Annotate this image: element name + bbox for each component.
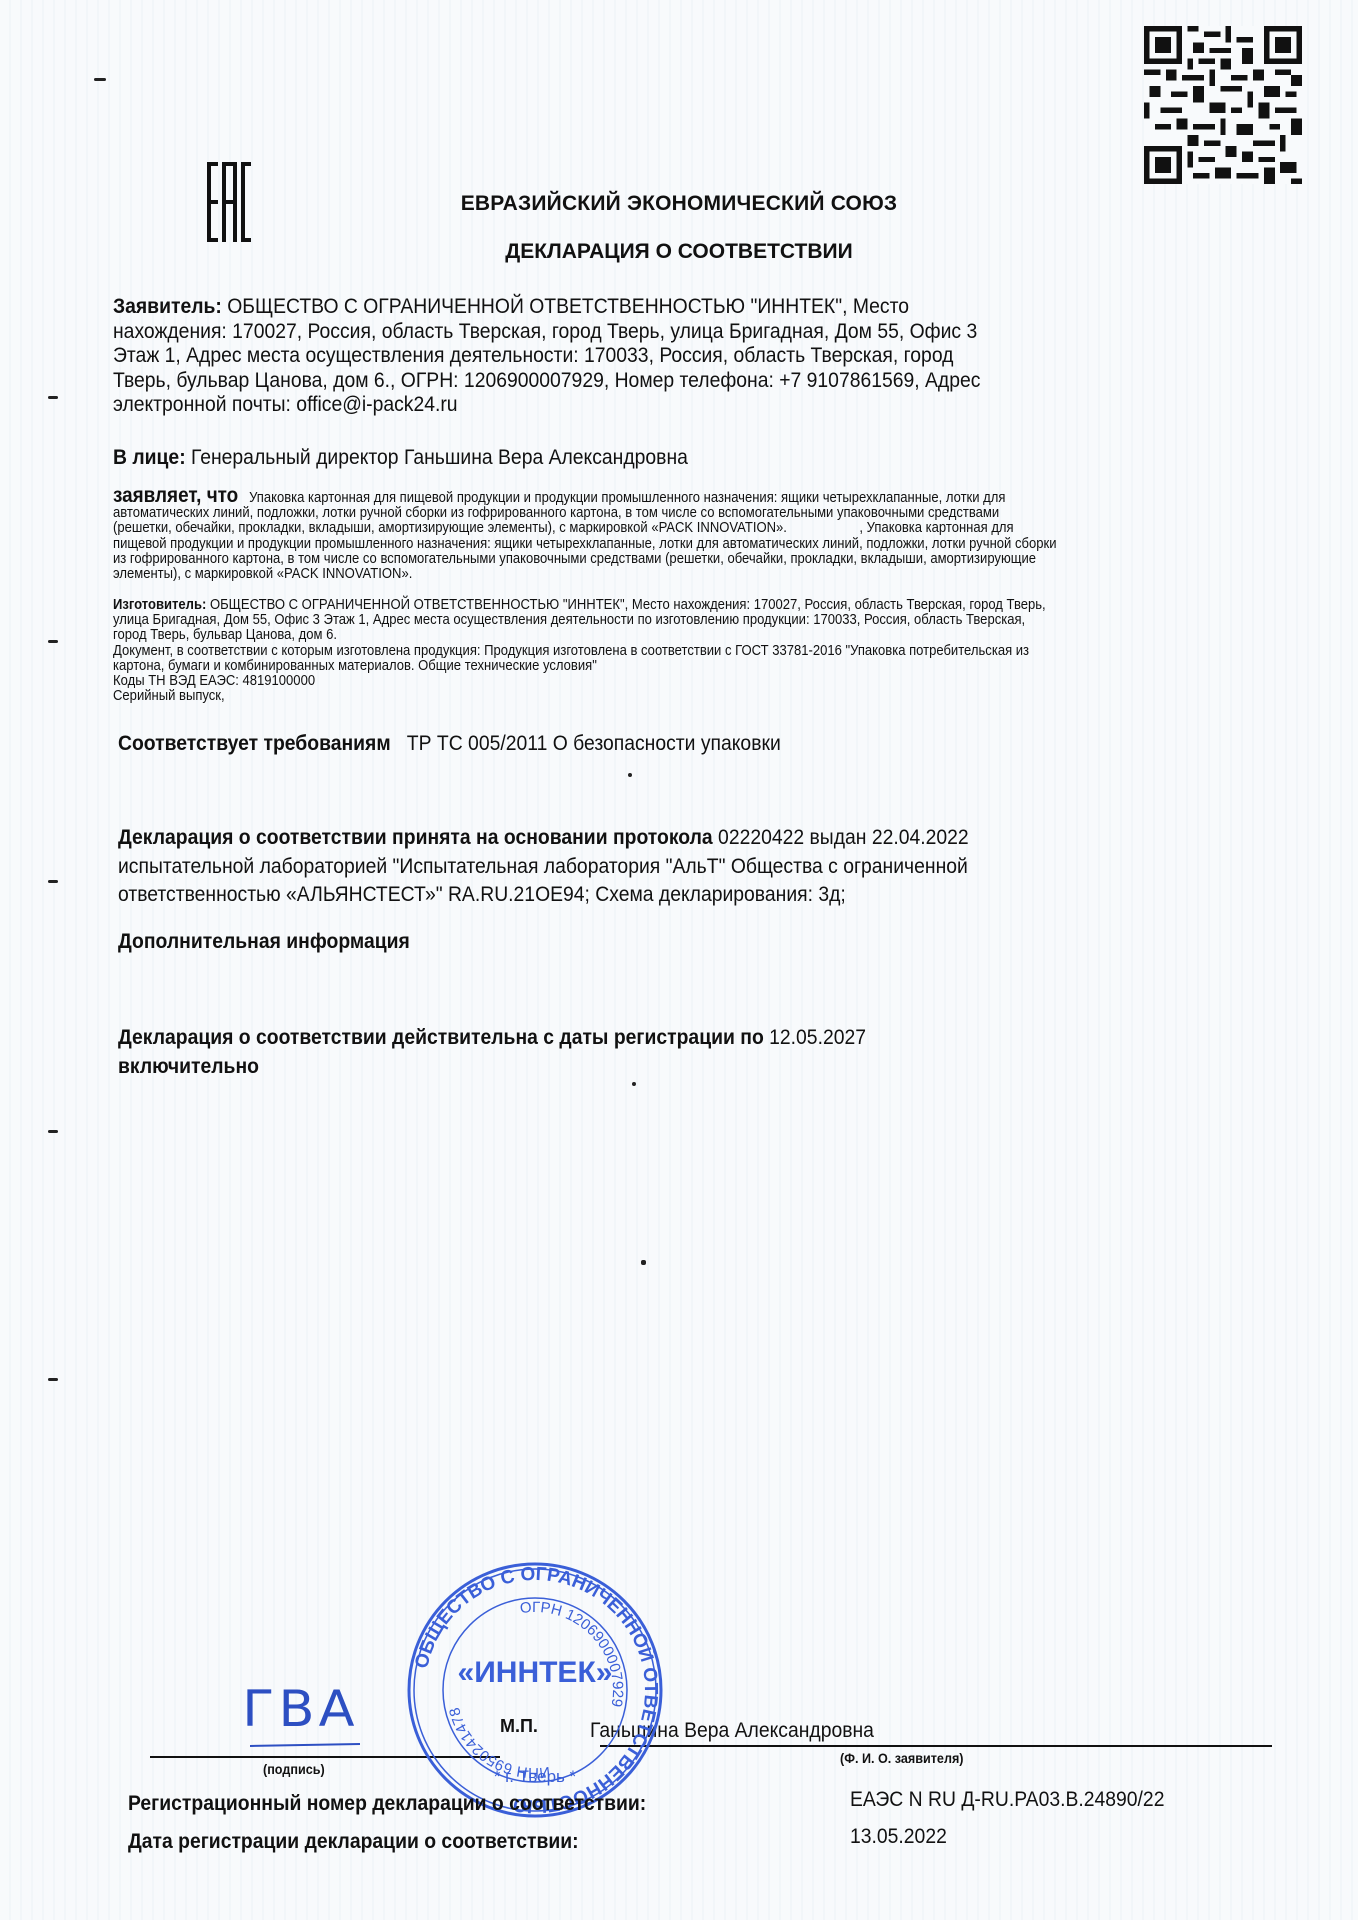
basis-line: Декларация о соответствии принята на осн… <box>118 825 1176 850</box>
standard-document-line: Документ, в соответствии с которым изгот… <box>113 644 1171 659</box>
declares-section: заявляет, что Упаковка картонная для пищ… <box>113 488 1288 582</box>
protocol-value: 02220422 выдан 22.04.2022 <box>718 825 969 849</box>
registration-number-value: ЕАЭС N RU Д-RU.PA03.B.24890/22 <box>850 1787 1164 1812</box>
basis-section: Декларация о соответствии принята на осн… <box>118 825 1293 911</box>
scan-speck <box>48 640 58 643</box>
declares-line: автоматических линий, подложки, лотки ру… <box>113 506 1171 521</box>
declares-line: из гофрированного картона, в том числе с… <box>113 552 1171 567</box>
signature-underline <box>250 1743 360 1747</box>
scan-speck <box>628 773 632 777</box>
scan-speck <box>48 396 58 399</box>
signature-caption: (подпись) <box>263 1761 325 1777</box>
document-title: ДЕКЛАРАЦИЯ О СООТВЕТСТВИИ <box>0 240 1358 264</box>
validity-line: Декларация о соответствии действительна … <box>118 1025 866 1050</box>
applicant-line: Этаж 1, Адрес места осуществления деятел… <box>113 343 1166 368</box>
basis-label: Декларация о соответствии принята на осн… <box>118 825 713 849</box>
manufacturer-label: Изготовитель: <box>113 597 206 613</box>
applicant-line: электронной почты: office@i-pack24.ru <box>113 392 1166 417</box>
manufacturer-line: город Тверь, бульвар Цанова, дом 6. <box>113 628 1171 643</box>
scan-speck <box>48 1130 58 1133</box>
registration-date-label: Дата регистрации декларации о соответств… <box>128 1829 579 1854</box>
scan-speck <box>632 1082 636 1086</box>
declares-line: заявляет, что Упаковка картонная для пищ… <box>113 488 1171 506</box>
requirements-section: Соответствует требованиям ТР ТС 005/2011… <box>118 731 781 756</box>
person-label: В лице: <box>113 445 186 469</box>
basis-line: ответственностью «АЛЬЯНСТЕСТ»" RA.RU.21O… <box>118 882 1176 907</box>
registration-number-label: Регистрационный номер декларации о соотв… <box>128 1791 646 1816</box>
validity-suffix: включительно <box>118 1054 866 1079</box>
basis-line: испытательной лабораторией "Испытательна… <box>118 854 1176 879</box>
scan-speck <box>48 1378 58 1381</box>
applicant-line: Тверь, бульвар Цанова, дом 6., ОГРН: 120… <box>113 368 1166 393</box>
svg-text:* г. Тверь *: * г. Тверь * <box>494 1767 577 1786</box>
applicant-line: нахождения: 170027, Россия, область Твер… <box>113 319 1166 344</box>
manufacturer-line: улица Бригадная, Дом 55, Офис 3 Этаж 1, … <box>113 613 1171 628</box>
scan-speck <box>94 78 106 81</box>
declares-label: заявляет, что <box>113 484 238 507</box>
handwritten-signature: ГВА <box>242 1680 359 1738</box>
person-value: Генеральный директор Ганьшина Вера Алекс… <box>191 445 688 469</box>
manufacturer-line: Изготовитель: ОБЩЕСТВО С ОГРАНИЧЕННОЙ ОТ… <box>113 598 1171 613</box>
declaration-page: ЕВРАЗИЙСКИЙ ЭКОНОМИЧЕСКИЙ СОЮЗ ДЕКЛАРАЦИ… <box>0 0 1358 1920</box>
union-title: ЕВРАЗИЙСКИЙ ЭКОНОМИЧЕСКИЙ СОЮЗ <box>0 192 1358 216</box>
manufacturer-section: Изготовитель: ОБЩЕСТВО С ОГРАНИЧЕННОЙ ОТ… <box>113 598 1288 704</box>
standard-document-line: картона, бумаги и комбинированных матери… <box>113 659 1171 674</box>
scan-speck <box>48 880 58 883</box>
declares-line: (решетки, обечайки, прокладки, вкладыши,… <box>113 521 1171 536</box>
declares-line: элементы), с маркировкой «PACK INNOVATIO… <box>113 567 1171 582</box>
validity-section: Декларация о соответствии действительна … <box>118 1025 949 1082</box>
seal-place-label: М.П. <box>500 1716 538 1737</box>
company-stamp-icon: ОБЩЕСТВО С ОГРАНИЧЕННОЙ ОТВЕТСТВЕННОСТЬЮ… <box>405 1560 665 1820</box>
applicant-label: Заявитель: <box>113 294 222 318</box>
requirements-value: ТР ТС 005/2011 О безопасности упаковки <box>407 731 781 755</box>
validity-date: 12.05.2027 <box>769 1025 866 1049</box>
declares-line: пищевой продукции и продукции промышленн… <box>113 537 1171 552</box>
name-line <box>600 1745 1272 1747</box>
serial-release: Серийный выпуск, <box>113 689 1171 704</box>
scan-speck <box>641 1260 646 1265</box>
tn-ved-code: Коды ТН ВЭД ЕАЭС: 4819100000 <box>113 674 1171 689</box>
validity-label: Декларация о соответствии действительна … <box>118 1025 764 1049</box>
svg-text:«ИННТЕК»: «ИННТЕК» <box>458 1656 613 1689</box>
person-section: В лице: Генеральный директор Ганьшина Ве… <box>113 445 688 470</box>
applicant-section: Заявитель: ОБЩЕСТВО С ОГРАНИЧЕННОЙ ОТВЕТ… <box>113 294 1283 417</box>
registration-date-value: 13.05.2022 <box>850 1824 947 1849</box>
requirements-label: Соответствует требованиям <box>118 731 391 755</box>
applicant-name-caption: (Ф. И. О. заявителя) <box>840 1750 963 1766</box>
additional-info-label: Дополнительная информация <box>118 929 410 954</box>
applicant-line: Заявитель: ОБЩЕСТВО С ОГРАНИЧЕННОЙ ОТВЕТ… <box>113 294 1166 319</box>
qr-code-icon[interactable] <box>1144 26 1302 184</box>
